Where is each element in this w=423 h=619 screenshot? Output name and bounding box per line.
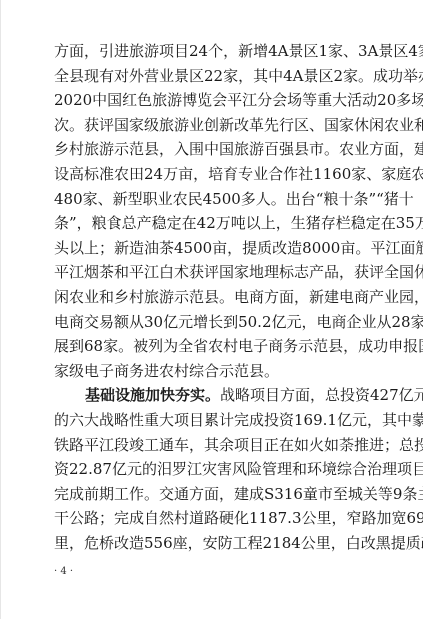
text-line: 展到68家。被列为全省农村电子商务示范县，成功申报国 [54, 334, 374, 359]
text-line: 头以上；新造油茶4500亩，提质改造8000亩。平江面筋、 [54, 236, 374, 261]
text-line: 设高标准农田24万亩，培育专业合作社1160家、家庭农场 [54, 162, 374, 187]
text-line: 平江烟茶和平江白术获评国家地理标志产品，获评全国休 [54, 260, 374, 285]
document-page: 方面，引进旅游项目24个，新增4A景区1家、3A景区4家， 全县现有对外营业景区… [0, 0, 423, 619]
text-line: 闲农业和乡村旅游示范县。电商方面，新建电商产业园， [54, 285, 374, 310]
text-line: 完成前期工作。交通方面，建成S316童市至城关等9条主 [54, 482, 374, 507]
text-line: 电商交易额从30亿元增长到50.2亿元，电商企业从28家发 [54, 310, 374, 335]
section-heading: 基础设施加快夯实。 [85, 386, 220, 404]
text-line: 2020中国红色旅游博览会平江分会场等重大活动20多场 [54, 88, 374, 113]
text-line: 的六大战略性重大项目累计完成投资169.1亿元，其中蒙华 [54, 408, 374, 433]
text-span: 战略项目方面，总投资427亿元 [220, 386, 423, 404]
text-line: 条”，粮食总产稳定在42万吨以上，生猪存栏稳定在35万 [54, 211, 374, 236]
text-line: 里，危桥改造556座，安防工程2184公里，白改黑提质改 [54, 531, 374, 556]
text-line: 铁路平江段竣工通车，其余项目正在如火如荼推进；总投 [54, 433, 374, 458]
page-number: · 4 · [54, 566, 73, 577]
text-line: 资22.87亿元的汨罗江灾害风险管理和环境综合治理项目已 [54, 457, 374, 482]
text-line: 乡村旅游示范县，入围中国旅游百强县市。农业方面，建 [54, 137, 374, 162]
text-line: 480家、新型职业农民4500多人。出台“粮十条”“猪十 [54, 187, 374, 212]
body-text: 方面，引进旅游项目24个，新增4A景区1家、3A景区4家， 全县现有对外营业景区… [54, 39, 374, 555]
text-line: 全县现有对外营业景区22家，其中4A景区2家。成功举办 [54, 64, 374, 89]
text-line: 家级电子商务进农村综合示范县。 [54, 359, 374, 384]
paragraph-first-line: 基础设施加快夯实。战略项目方面，总投资427亿元 [54, 383, 374, 408]
text-line: 方面，引进旅游项目24个，新增4A景区1家、3A景区4家， [54, 39, 374, 64]
text-line: 干公路；完成自然村道路硬化1187.3公里，窄路加宽696公 [54, 506, 374, 531]
text-line: 次。获评国家级旅游业创新改革先行区、国家休闲农业和 [54, 113, 374, 138]
